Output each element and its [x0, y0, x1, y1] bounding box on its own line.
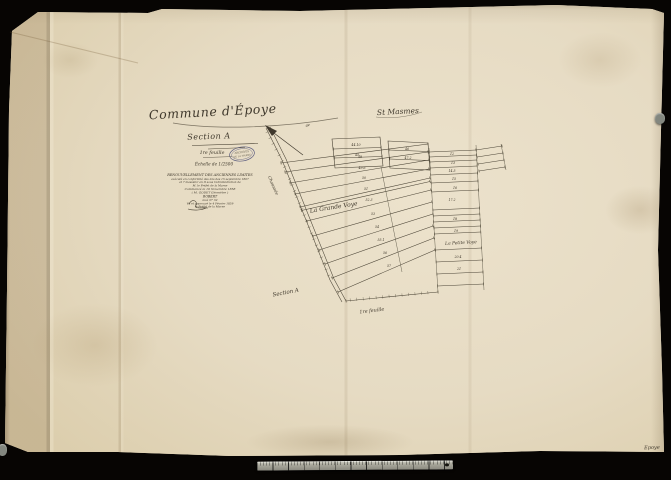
parcel-strip-line: [478, 160, 504, 164]
corner-pencil-note: Epoye: [643, 445, 660, 452]
parcel-number: 54: [375, 225, 379, 229]
magnet-clip-left: [0, 444, 7, 456]
parcel-strip-line: [433, 208, 480, 210]
parcel-strip-line: [479, 167, 505, 171]
section-underline-2: [208, 148, 245, 149]
sheet-underline: [203, 157, 232, 158]
parcel-number: 53: [371, 212, 375, 216]
parcel-strip-line: [300, 178, 430, 207]
parcel-strip-line: [295, 169, 429, 194]
photo-scale-ruler: [257, 460, 453, 470]
label-lieu-dit-east: La Petite Voye: [444, 240, 477, 247]
parcel-number: 15: [452, 177, 456, 181]
parcel-number: 49.6: [357, 166, 365, 170]
parcel-strip-line: [437, 272, 483, 274]
parcel-strip-line: [346, 292, 438, 301]
parcel-number: 20.4: [453, 255, 461, 259]
parcel-number: 50: [362, 176, 366, 180]
parcel-number: 48: [357, 155, 362, 159]
tiny-route-word: de: [305, 123, 310, 128]
parcel-strip-line: [477, 153, 503, 157]
parcel-number: 47.2: [403, 156, 411, 160]
parcel-strip-line: [476, 146, 502, 150]
parcel-number: 16: [453, 186, 457, 190]
paper-crease: [10, 32, 138, 63]
parcel-number: 12: [450, 152, 454, 156]
scale-note: Échelle de 1/2500: [194, 162, 234, 167]
parcel-strip-line: [432, 190, 479, 192]
parcel-strip-line: [436, 260, 482, 262]
archival-photograph-stage: Commune d'Époye Section A 1re feuille Éc…: [0, 0, 671, 480]
label-sheet-bottom: 1re feuille: [359, 306, 385, 315]
direction-arrow-shaft: [270, 130, 303, 155]
parcel-strip-line: [334, 148, 382, 150]
parcel-number: 19: [454, 229, 458, 233]
parcel-number: 51: [364, 187, 368, 191]
label-section-bottom: Section A: [272, 288, 299, 299]
label-lieu-dit-main: La Grande Voye: [308, 200, 358, 215]
label-road: Chaussée: [267, 175, 280, 196]
parcel-strip-line: [430, 166, 477, 168]
parcel-number: 14.5: [448, 169, 455, 173]
bottom-hatch-ticks: [350, 292, 434, 300]
parcel-number: 17.2: [448, 198, 455, 202]
section-heading: Section A: [187, 131, 231, 142]
parcel-number: 46: [404, 147, 409, 151]
parcel-number: 21: [456, 267, 461, 271]
parcel-strip-line: [290, 160, 429, 183]
ruler-hanging-hole: [445, 463, 449, 467]
parcel-strip-line: [433, 214, 480, 216]
map-title: Commune d'Époye: [149, 101, 277, 123]
parcel-boundary-line: [381, 167, 402, 272]
parcel-number: 56: [383, 251, 387, 255]
parcel-strip-line: [338, 250, 435, 292]
parcel-numbers-layer: 44.10454647.24849.6505152.3535455.156571…: [350, 143, 461, 271]
parcel-strip-line: [431, 181, 478, 183]
parcel-number: 18: [453, 217, 457, 221]
parcel-strip-line: [438, 284, 484, 286]
parcel-number: 52.3: [365, 198, 372, 202]
cadastral-map-drawing: Commune d'Époye Section A 1re feuille Éc…: [0, 0, 671, 480]
parcel-strip-line: [434, 226, 480, 228]
parcel-strip-line: [435, 248, 481, 250]
parcel-strip-lines: [281, 144, 506, 301]
parcel-boundary-line: [501, 144, 506, 170]
sheet-note: 1re feuille: [200, 150, 225, 156]
parcel-boundary-line: [429, 148, 438, 292]
magnet-clip-right: [655, 113, 665, 124]
parcel-number: 55.1: [377, 238, 384, 242]
section-underline: [192, 144, 258, 146]
parcel-strip-line: [332, 238, 434, 278]
parcel-number: 57: [387, 264, 392, 268]
parcel-number: 13: [451, 161, 455, 165]
label-neighbor-commune: St Masmes: [377, 106, 419, 117]
parcel-boundary-line: [476, 145, 484, 290]
certification-text-block: RENOUVELLEMENT DES ANCIENNES LIMITESexéc…: [166, 173, 253, 209]
parcel-number: 44.10: [350, 143, 360, 147]
parcel-strip-line: [431, 173, 478, 175]
